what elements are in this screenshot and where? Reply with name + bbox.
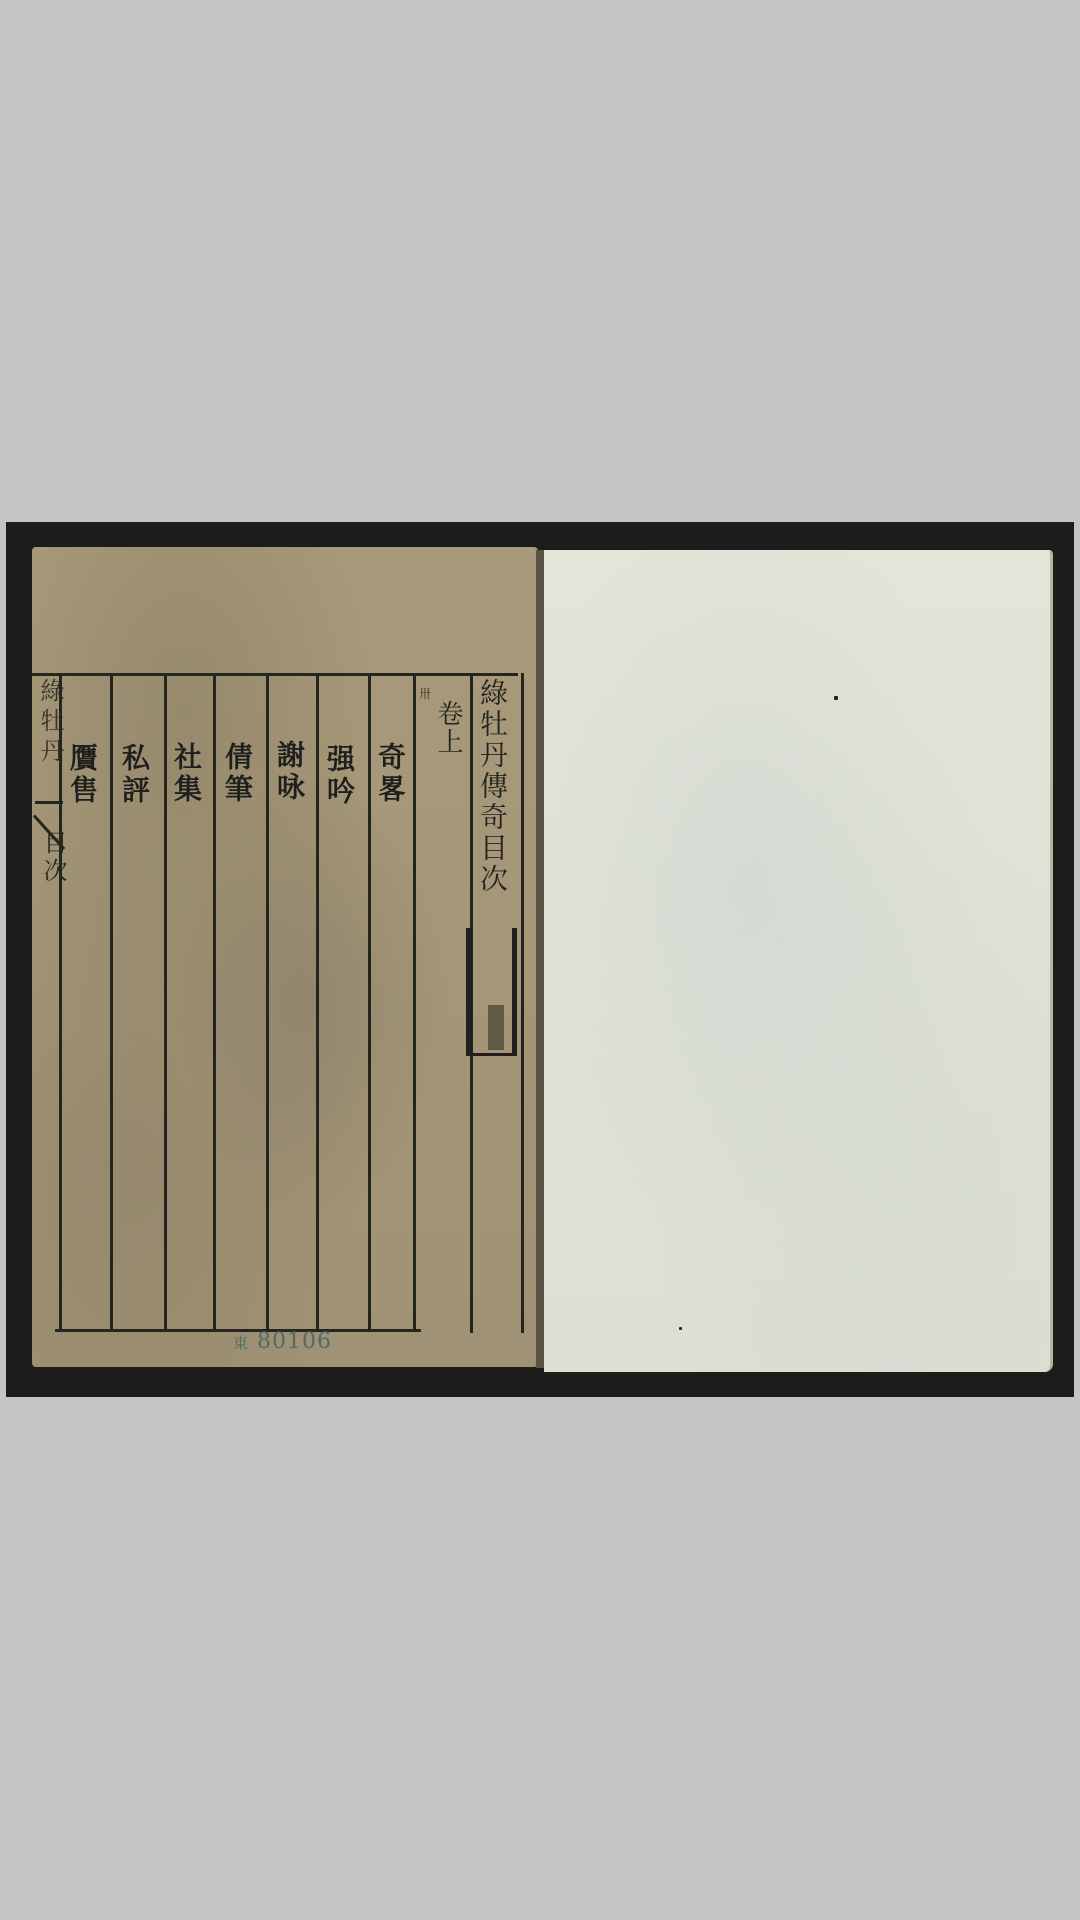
paper-speck xyxy=(834,696,838,700)
library-stamp: 東80106 xyxy=(233,1329,332,1354)
column-rule xyxy=(59,675,62,1332)
book-title: 綠牡丹傳奇目次 xyxy=(478,678,506,895)
column-rule xyxy=(266,675,269,1332)
column-rule xyxy=(316,675,319,1332)
fish-tail-ink xyxy=(488,1005,504,1050)
column-rule xyxy=(413,675,416,1332)
scene-title-6: 私評 xyxy=(120,743,148,807)
column-rule xyxy=(213,675,216,1332)
scene-title-4: 倩筆 xyxy=(223,742,251,806)
right-page-blank xyxy=(544,550,1053,1372)
column-rule xyxy=(110,675,113,1332)
paper-speck xyxy=(679,1327,682,1330)
grid-top-border xyxy=(32,673,518,676)
scene-title-7: 贋售 xyxy=(68,743,96,807)
scene-title-2: 强吟 xyxy=(325,744,353,808)
edge-subtitle: 目次 xyxy=(36,830,71,886)
volume-label: 卷上 xyxy=(430,700,467,756)
edge-title: 綠牡丹 xyxy=(33,678,68,768)
stamp-number: 80106 xyxy=(257,1329,332,1354)
column-rule xyxy=(368,675,371,1332)
scene-title-3: 謝咏 xyxy=(275,740,303,804)
stamp-glyph: 東 xyxy=(233,1334,249,1352)
left-page xyxy=(32,547,538,1367)
column-rule xyxy=(164,675,167,1332)
scene-title-1: 奇畧 xyxy=(376,742,404,806)
edge-rule xyxy=(35,801,63,804)
scene-title-5: 社集 xyxy=(172,742,200,806)
